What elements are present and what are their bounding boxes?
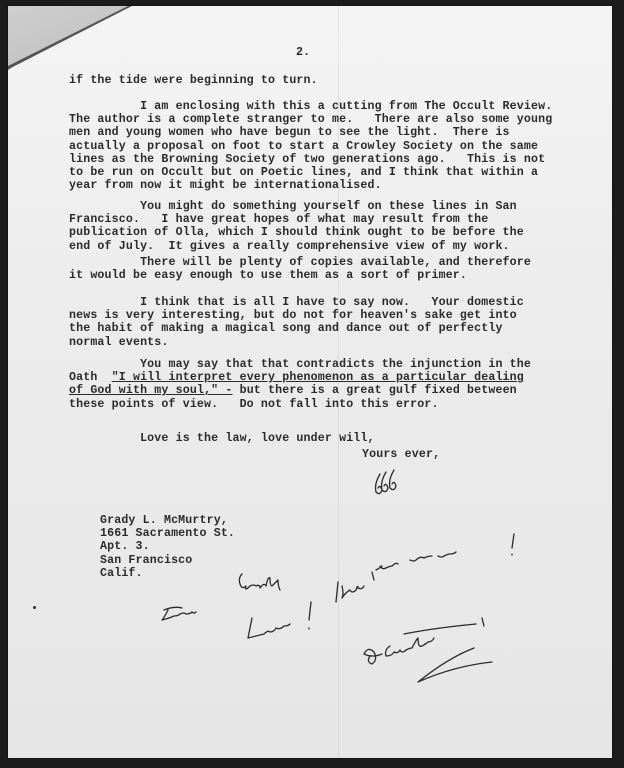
paragraph-occult-review: I am enclosing with this a cutting from …	[69, 100, 552, 192]
opening-line: if the tide were beginning to turn.	[69, 74, 318, 87]
oath-after: but there is a great gulf fixed between	[232, 384, 516, 397]
paragraph-domestic-news: I think that is all I have to say now. Y…	[69, 296, 524, 349]
signature-666-icon	[376, 470, 397, 494]
oath-quote-line1: "I will interpret every phenomenon as a …	[112, 371, 524, 384]
paragraph-oath: You may say that that contradicts the in…	[69, 358, 531, 411]
oath-quote-line2: of God with my soul," -	[69, 384, 232, 397]
oath-line3: these points of view. Do not fall into t…	[69, 398, 439, 411]
valediction: Yours ever,	[362, 448, 440, 461]
folded-corner	[8, 6, 128, 66]
recipient-address: Grady L. McMurtry, 1661 Sacramento St. A…	[100, 514, 235, 580]
closing-line: Love is the law, love under will,	[69, 432, 375, 445]
letter-page: 2. if the tide were beginning to turn. I…	[8, 6, 612, 758]
page-number: 2.	[296, 46, 310, 59]
paragraph-san-francisco: You might do something yourself on these…	[69, 200, 524, 253]
ink-spot	[33, 606, 36, 609]
paragraph-copies: There will be plenty of copies available…	[69, 256, 531, 282]
